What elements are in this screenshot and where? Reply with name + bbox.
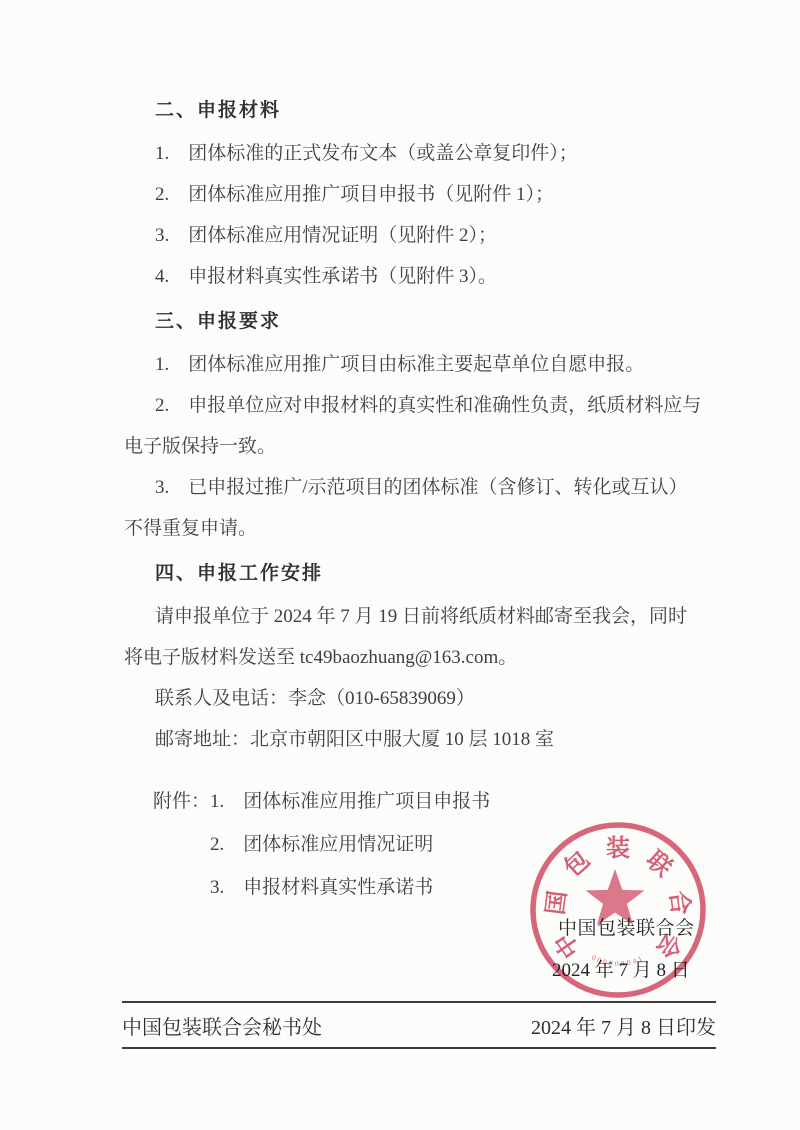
seal-serial: 000008041 (590, 953, 646, 968)
scanned-document-page: 二、申报材料1. 团体标准的正式发布文本（或盖公章复印件）；2. 团体标准应用推… (0, 0, 800, 1130)
attachments-block: 附件：1. 团体标准应用推广项目申报书 2. 团体标准应用情况证明 3. 申报材… (153, 780, 490, 909)
attachment-item: 1. 团体标准应用推广项目申报书 (210, 791, 490, 812)
body-line-continuation: 将电子版材料发送至 tc49baozhuang@163.com。 (124, 637, 696, 678)
seal-arc-char: 包 (558, 845, 595, 882)
section-heading: 四、申报工作安排 (124, 553, 696, 594)
body-line: 3. 已申报过推广/示范项目的团体标准（含修订、转化或互认） (124, 467, 696, 508)
section-heading: 三、申报要求 (124, 301, 696, 342)
official-seal: 中 国 包 装 联 合 会 000008041 (527, 819, 709, 1001)
body-line-continuation: 电子版保持一致。 (124, 426, 696, 467)
body-line: 联系人及电话：李念（010-65839069） (124, 678, 696, 719)
attachment-row: 附件：1. 团体标准应用推广项目申报书 (153, 780, 490, 823)
seal-arc-char: 中 (550, 928, 586, 963)
attachments-label: 附件： (153, 791, 210, 812)
document-body: 二、申报材料1. 团体标准的正式发布文本（或盖公章复印件）；2. 团体标准应用推… (124, 86, 696, 760)
body-line: 2. 申报单位应对申报材料的真实性和准确性负责，纸质材料应与 (124, 385, 696, 426)
body-line: 4. 申报材料真实性承诺书（见附件 3）。 (124, 256, 696, 297)
seal-arc-char: 联 (641, 846, 677, 882)
seal-star (586, 869, 645, 925)
seal-arc-char: 合 (664, 889, 695, 916)
seal-arc-char: 装 (606, 835, 630, 862)
seal-arc-char: 国 (542, 889, 572, 916)
body-line: 邮寄地址：北京市朝阳区中服大厦 10 层 1018 室 (124, 719, 696, 760)
page-footer: 中国包装联合会秘书处 2024 年 7 月 8 日印发 (122, 1001, 716, 1049)
body-line: 请申报单位于 2024 年 7 月 19 日前将纸质材料邮寄至我会，同时 (124, 596, 696, 637)
seal-arc-char: 会 (650, 928, 687, 964)
body-line: 1. 团体标准的正式发布文本（或盖公章复印件）； (124, 133, 696, 174)
body-line: 2. 团体标准应用推广项目申报书（见附件 1）； (124, 174, 696, 215)
attachment-item: 2. 团体标准应用情况证明 (153, 823, 490, 866)
attachment-item: 3. 申报材料真实性承诺书 (153, 866, 490, 909)
body-line-continuation: 不得重复申请。 (124, 508, 696, 549)
body-line: 3. 团体标准应用情况证明（见附件 2）； (124, 215, 696, 256)
body-line: 1. 团体标准应用推广项目由标准主要起草单位自愿申报。 (124, 344, 696, 385)
footer-print-date: 2024 年 7 月 8 日印发 (531, 1011, 716, 1040)
section-heading: 二、申报材料 (124, 90, 696, 131)
footer-issuer: 中国包装联合会秘书处 (122, 1011, 322, 1040)
